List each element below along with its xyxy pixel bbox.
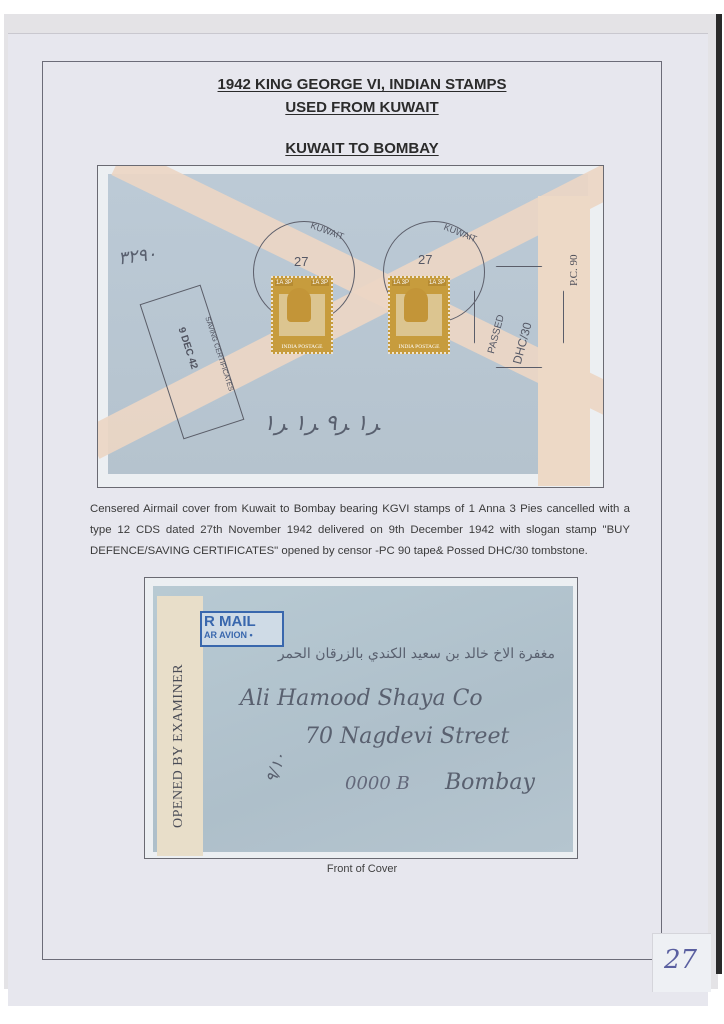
stamp-kgvi: 1A 3P 1A 3P INDIA POSTAGE [388, 276, 450, 354]
airmail-label: R MAIL [204, 613, 256, 630]
stamp-value: 1A 3P [311, 280, 329, 286]
address-line3: Bombay [445, 770, 535, 795]
stamp-label: INDIA POSTAGE [273, 344, 331, 350]
handwritten-notes: ﺮ۱ ﺮ۹ ﺮ۱ ﺮ۱ [263, 411, 380, 436]
par-avion-label: AR AVION • [204, 630, 253, 640]
king-portrait-icon [404, 288, 428, 322]
page-title-line1: 1942 KING GEORGE VI, INDIAN STAMPS [0, 76, 724, 93]
page-title-line2: USED FROM KUWAIT [0, 99, 724, 116]
address-line2: 70 Nagdevi Street [305, 724, 509, 749]
cover-back-image: P.C. 90 PASSED DHC/30 KUWAIT KUWAIT 27 2… [97, 165, 604, 488]
page-number: 27 [664, 945, 697, 975]
address-line1: Ali Hamood Shaya Co [240, 686, 483, 711]
censor-label-text: OPENED BY EXAMINER [171, 664, 187, 828]
stamp-label: INDIA POSTAGE [390, 344, 448, 350]
king-portrait-icon [287, 288, 311, 322]
front-cover-caption: Front of Cover [0, 863, 724, 875]
cover-description: Censered Airmail cover from Kuwait to Bo… [90, 499, 630, 562]
postmark-date: 27 [294, 254, 308, 269]
stamp-value: 1A 3P [428, 280, 446, 286]
cover-front-image: OPENED BY EXAMINER R MAIL AR AVION • مغف… [144, 577, 578, 859]
page-subtitle: KUWAIT TO BOMBAY [0, 140, 724, 157]
stamp-value: 1A 3P [275, 280, 293, 286]
airmail-etiquette: R MAIL AR AVION • [200, 611, 284, 647]
sheet-edge-shadow [716, 14, 722, 974]
censor-tape-label: P.C. 90 [568, 255, 580, 287]
stamp-value: 1A 3P [392, 280, 410, 286]
postmark-date: 27 [418, 252, 432, 267]
arabic-address: مغفرة الاخ خالد بن سعيد الكندي بالزرقان … [225, 646, 555, 662]
marks: 0000 B [345, 773, 410, 794]
stamp-kgvi: 1A 3P 1A 3P INDIA POSTAGE [271, 276, 333, 354]
